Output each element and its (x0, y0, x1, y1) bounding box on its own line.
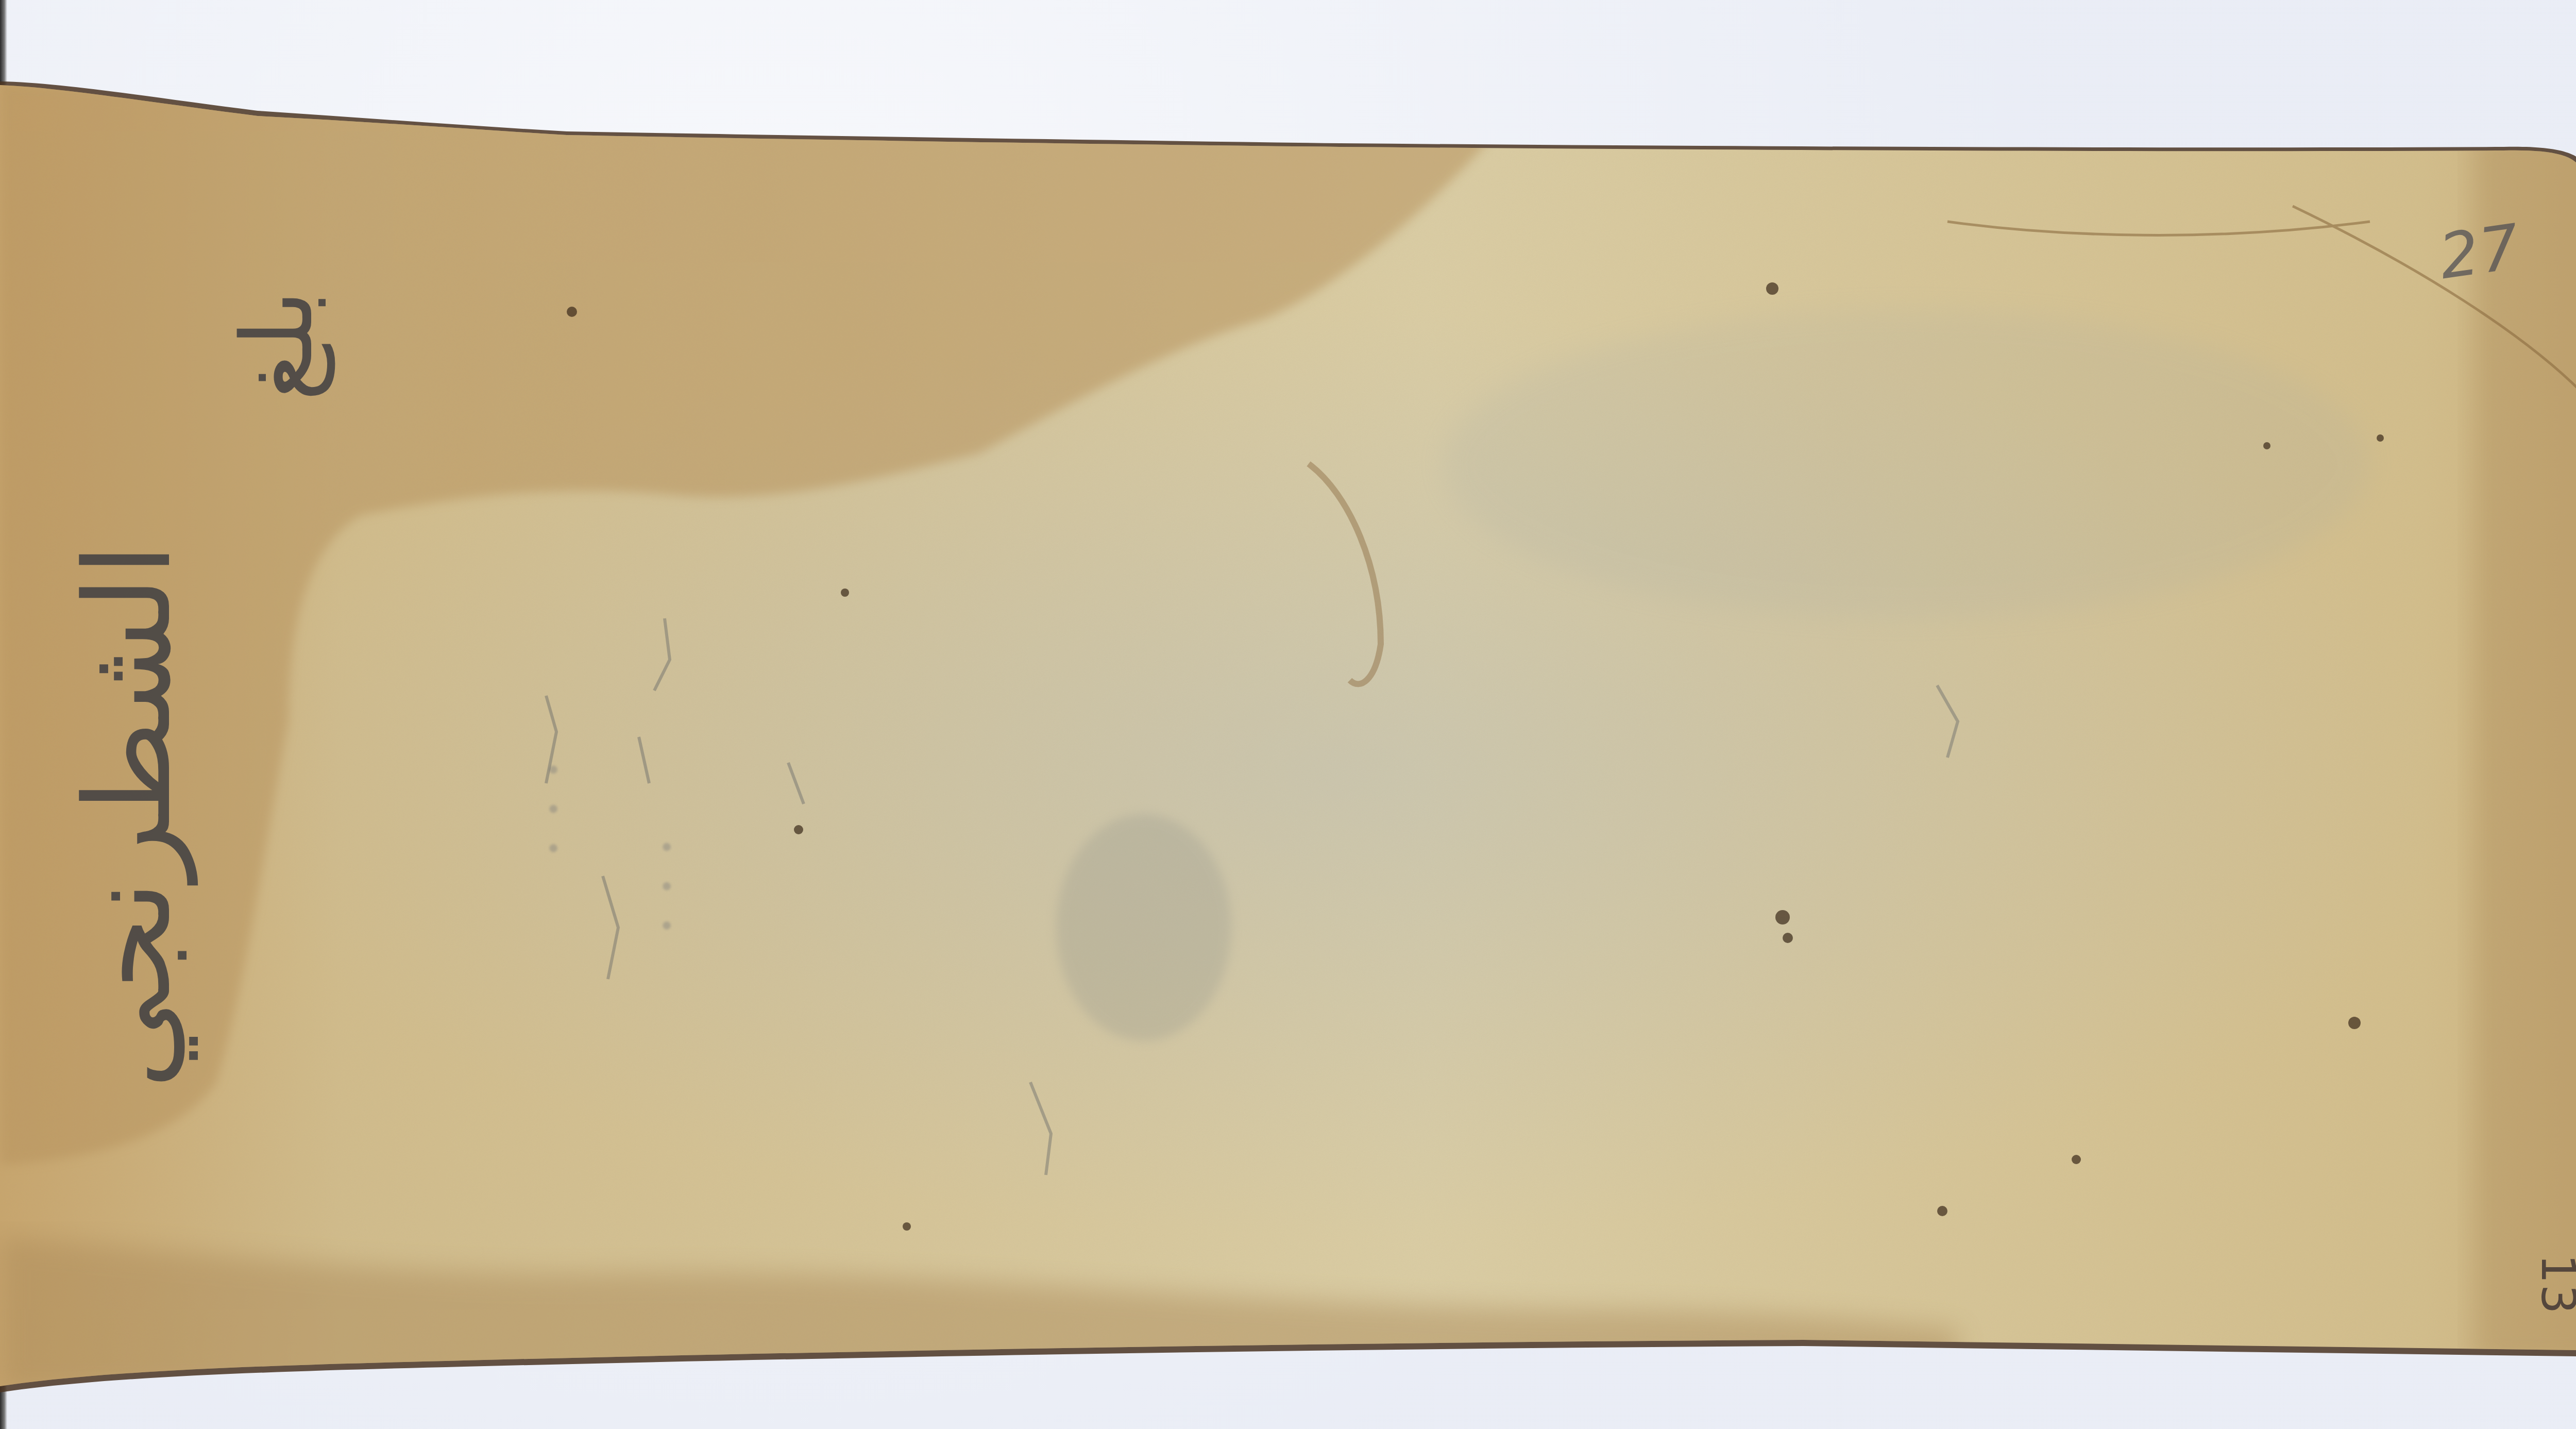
folio-number-top-right: 27 (2435, 211, 2525, 293)
manuscript-leaf: بلغ الشطرنجي 27 13 · · · · · · (0, 0, 2576, 1429)
bleed-through-column-1: · · · (518, 760, 590, 858)
folio-number-bottom-right: 13 (2531, 1254, 2576, 1315)
arabic-marginalia-upper: بلغ (221, 290, 334, 401)
bleed-through-column-2: · · · (632, 837, 703, 935)
arabic-marginalia-lower: الشطرنجي (60, 543, 197, 1089)
leaf-paper-shape (0, 0, 2576, 1429)
